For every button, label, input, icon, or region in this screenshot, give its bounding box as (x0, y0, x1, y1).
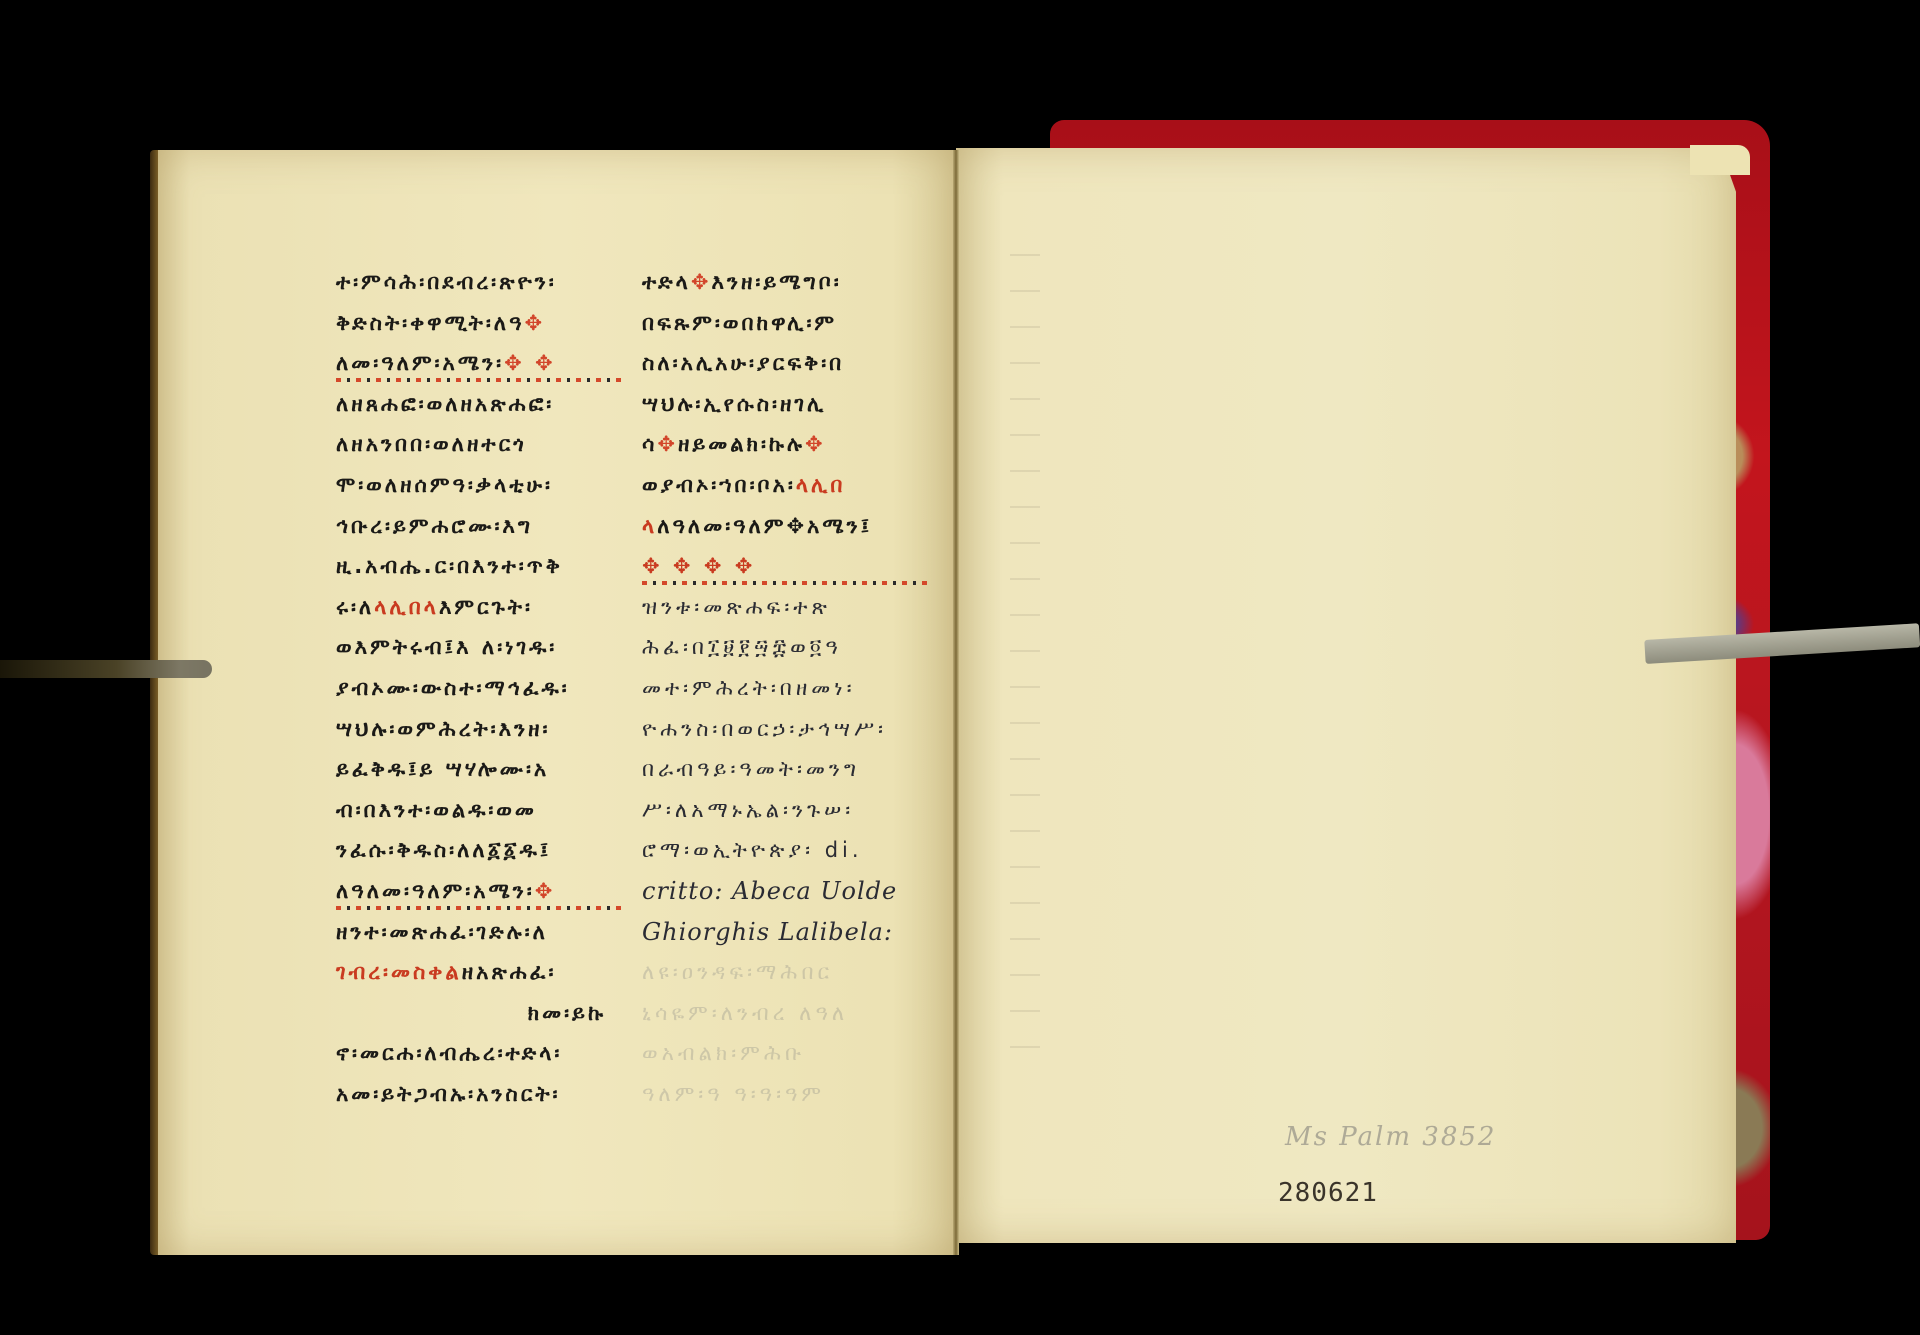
show-through-text: ለዩ፡ዐንዳፍ፡ማሕበር (642, 952, 942, 993)
left-bookmark-ribbon (0, 660, 212, 678)
show-through-text: ኒሳዬም፡ለንብረ ለዓለ (642, 993, 942, 1034)
show-through-text: ወአብልክ፡ምሕቡ (642, 1033, 942, 1074)
text-line: ሩ፡ለላሊበላእምርጉት፡ (336, 587, 636, 628)
text-line: ለዘጸሐፎ፡ወለዘአጽሐፎ፡ (336, 384, 636, 425)
text-line: ኅቡረ፡ይምሐሮሙ፡እግ (336, 506, 636, 547)
text-line: በፍጹም፡ወበከዋሊ፡ም (642, 303, 942, 344)
red-cross-ornament: ✥ (657, 432, 678, 456)
text-line: ኖ፡መርሐ፡ለብሔረ፡ተድላ፡ (336, 1033, 636, 1074)
rubric-text: ላሊበ (796, 473, 846, 497)
rubric-text: ላ (642, 514, 657, 538)
text-line: ወእምትሩብ፤እ ለ፡ነገዱ፡ (336, 627, 636, 668)
colophon-latin-line: Ghiorghis Lalibela: (642, 912, 942, 953)
red-cross-ornament: ✥ ✥ (504, 351, 556, 375)
text-line: ላለዓለመ፡ዓለም✥አሜን፤ (642, 506, 942, 547)
inventory-number: 280621 (1278, 1178, 1378, 1208)
text-line: ቅድስት፡ቀዋሚት፡ለዓ✥ (336, 303, 636, 344)
show-through-text: ዓለም፡ዓ ዓ፡ዓ፡ዓም (642, 1074, 942, 1115)
handwritten-line: በራብዓይ፡ዓመት፡መንግ (642, 749, 942, 790)
handwritten-line: ዝንቱ፡መጽሐፍ፡ተጽ (642, 587, 942, 628)
red-cross-ornament: ✥ (805, 432, 826, 456)
text-line: ሣህሉ፡ኢየሱስ፡ዘገሊ (642, 384, 942, 425)
text-line: ዘንተ፡መጽሐፈ፡ገድሉ፡ለ (336, 912, 636, 953)
text-line: ለዓለመ፡ዓለም፡አሜን፡✥ (336, 871, 636, 912)
text-line: ሞ፡ወለዘሰምዓ፡ቃላቲሁ፡ (336, 465, 636, 506)
text-line: ክመ፡ይኩ (336, 993, 636, 1034)
book-gutter (953, 150, 959, 1255)
text-line: ተድላ✥እንዘ፡ይሜግቦ፡ (642, 262, 942, 303)
handwritten-line: ሥ፡ለአማኑኤል፡ንጉሠ፡ (642, 790, 942, 831)
text-line: ያብኦሙ፡ውስተ፡ማኅፈዱ፡ (336, 668, 636, 709)
text-line: አመ፡ይትጋብኡ፡አንስርት፡ (336, 1074, 636, 1115)
text-line: ለመ፡ዓለም፡አሜን፡✥ ✥ (336, 343, 636, 384)
page-ruling-marks (1010, 220, 1040, 1080)
text-line: ለዘአንበበ፡ወለዘተርጎ (336, 424, 636, 465)
handwritten-line: ሮማ፡ወኢትዮጵያ፡ di. (642, 830, 942, 871)
text-line: ብ፡በእንተ፡ወልዱ፡ወመ (336, 790, 636, 831)
handwritten-line: መተ፡ምሕረት፡በዘመነ፡ (642, 668, 942, 709)
rubric-text: ገብረ፡መስቀል (336, 960, 462, 984)
rubric-text: ላሊበላ (374, 595, 439, 619)
handwritten-line: ዮሐንስ፡በወርኃ፡ታኅሣሥ፡ (642, 709, 942, 750)
text-line: ንፈሱ፡ቅዱስ፡ለለ፩፩ዱ፤ (336, 830, 636, 871)
text-line: ይፈቅዱ፤ይ ሣሃሎሙ፡አ (336, 749, 636, 790)
text-line: ሳ✥ዘይመልክ፡ኩሉ✥ (642, 424, 942, 465)
text-line: ሣህሉ፡ወምሕረት፡እንዘ፡ (336, 709, 636, 750)
text-line: ስለ፡አሊአሁ፡ያርፍቅ፡በ (642, 343, 942, 384)
red-cross-ornament: ✥ (691, 270, 712, 294)
text-line: ተ፡ምሳሕ፡በደብረ፡ጽዮን፡ (336, 262, 636, 303)
red-cross-ornament: ✥ (535, 879, 556, 903)
shelfmark-pencil-note: Ms Palm 3852 (1285, 1122, 1496, 1152)
text-line: ገብረ፡መስቀልዘአጽሐፈ፡ (336, 952, 636, 993)
text-column-right: ተድላ✥እንዘ፡ይሜግቦ፡ በፍጹም፡ወበከዋሊ፡ም ስለ፡አሊአሁ፡ያርፍቅ፡… (642, 262, 942, 1114)
text-column-left: ተ፡ምሳሕ፡በደብረ፡ጽዮን፡ ቅድስት፡ቀዋሚት፡ለዓ✥ ለመ፡ዓለም፡አሜን… (336, 262, 636, 1114)
right-page-corner (1690, 145, 1750, 175)
red-cross-ornament: ✥ (524, 311, 545, 335)
red-cross-divider: ✥ ✥ ✥ ✥ (642, 546, 942, 587)
text-line: ዚ.አብሔ.ር፡በእንተ፡ጥቅ (336, 546, 636, 587)
text-line: ወያብኦ፡ኀበ፡ቦአ፡ላሊበ (642, 465, 942, 506)
colophon-latin-line: critto: Abeca Uolde (642, 871, 942, 912)
handwritten-line: ሕፈ፡በ፲፱፻፵፰ወ፬ዓ (642, 627, 942, 668)
right-page (956, 148, 1736, 1243)
